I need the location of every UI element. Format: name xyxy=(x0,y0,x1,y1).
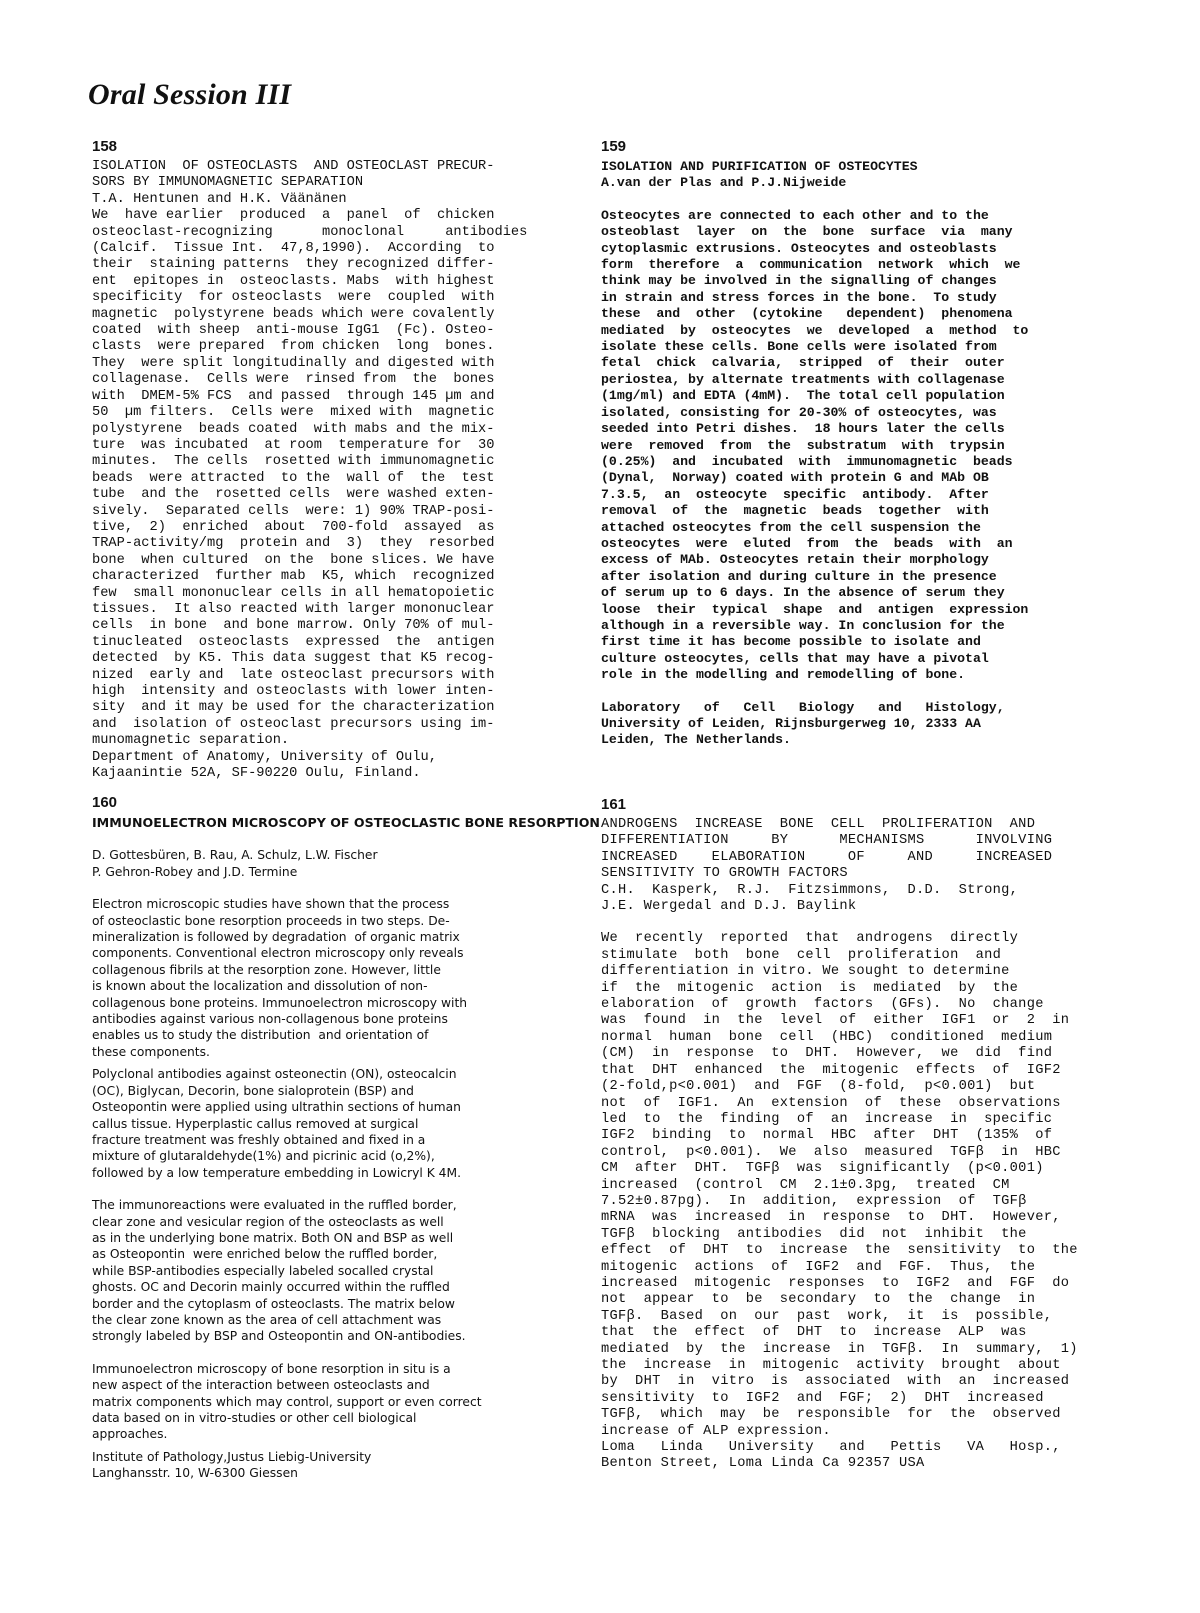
body-line: fracture treatment was freshly obtained … xyxy=(92,1132,582,1148)
body-line: enables us to study the distribution and… xyxy=(92,1027,582,1043)
body-line: callus tissue. Hyperplastic callus remov… xyxy=(92,1116,582,1132)
body-line: clear zone and vesicular region of the o… xyxy=(92,1214,582,1230)
abstract-title: ANDROGENS INCREASE BONE CELL PROLIFERATI… xyxy=(601,817,1086,883)
body-line: Electron microscopic studies have shown … xyxy=(92,896,582,912)
body-line: bone when cultured on the bone slices. W… xyxy=(92,553,572,569)
body-line: few small mononuclear cells in all hemat… xyxy=(92,586,572,602)
body-line: detected by K5. This data suggest that K… xyxy=(92,651,572,667)
abstract-number: 158 xyxy=(92,138,572,155)
body-line: control, p<0.001). We also measured TGFβ… xyxy=(601,1145,1086,1161)
body-line: data based on in vitro-studies or other … xyxy=(92,1410,582,1426)
body-line: collagenous fibrils at the resorption zo… xyxy=(92,962,582,978)
body-line: (2-fold,p<0.001) and FGF (8-fold, p<0.00… xyxy=(601,1079,1086,1095)
body-line: collagenous bone proteins. Immunoelectro… xyxy=(92,995,582,1011)
body-paragraph: Electron microscopic studies have shown … xyxy=(92,896,582,1060)
body-line: increased mitogenic responses to IGF2 an… xyxy=(601,1276,1086,1292)
body-line: increase of ALP expression. xyxy=(601,1424,1086,1440)
body-line: coated with sheep anti-mouse IgG1 (Fc). … xyxy=(92,323,572,339)
abstract-158: 158 ISOLATION OF OSTEOCLASTS AND OSTEOCL… xyxy=(92,138,572,782)
title-line: SENSITIVITY TO GROWTH FACTORS xyxy=(601,866,1086,882)
title-line: ISOLATION AND PURIFICATION OF OSTEOCYTES xyxy=(601,159,1086,175)
body-line: as in the underlying bone matrix. Both O… xyxy=(92,1230,582,1246)
abstract-affiliation: Loma Linda University and Pettis VA Hosp… xyxy=(601,1440,1086,1473)
abstract-affiliation: Department of Anatomy, University of Oul… xyxy=(92,750,572,783)
body-line: their staining patterns they recognized … xyxy=(92,257,572,273)
abstract-160: 160 IMMUNOELECTRON MICROSCOPY OF OSTEOCL… xyxy=(92,794,582,1482)
body-line: mediated by osteocytes we developed a me… xyxy=(601,323,1086,339)
body-line: TGFβ blocking antibodies did not inhibit… xyxy=(601,1227,1086,1243)
body-line: and isolation of osteoclast precursors u… xyxy=(92,717,572,733)
body-line: TRAP-activity/mg protein and 3) they res… xyxy=(92,536,572,552)
body-line: specificity for osteoclasts were coupled… xyxy=(92,290,572,306)
body-line: mitogenic actions of IGF2 and FGF. Thus,… xyxy=(601,1260,1086,1276)
body-line: after isolation and during culture in th… xyxy=(601,569,1086,585)
body-line: mediated by the increase in TGFβ. In sum… xyxy=(601,1342,1086,1358)
author-line: T.A. Hentunen and H.K. Väänänen xyxy=(92,192,572,208)
body-line: nized early and late osteoclast precurso… xyxy=(92,668,572,684)
abstract-title: IMMUNOELECTRON MICROSCOPY OF OSTEOCLASTI… xyxy=(92,815,582,831)
abstract-number: 159 xyxy=(601,138,1086,155)
body-line: tissues. It also reacted with larger mon… xyxy=(92,602,572,618)
body-line: high intensity and osteoclasts with lowe… xyxy=(92,684,572,700)
body-line: 7.52±0.87pg). In addition, expression of… xyxy=(601,1194,1086,1210)
body-line: the increase in mitogenic activity broug… xyxy=(601,1358,1086,1374)
body-line: think may be involved in the signalling … xyxy=(601,273,1086,289)
body-line: sensitivity to IGF2 and FGF; 2) DHT incr… xyxy=(601,1391,1086,1407)
title-line: ANDROGENS INCREASE BONE CELL PROLIFERATI… xyxy=(601,817,1086,833)
body-line: approaches. xyxy=(92,1426,582,1442)
body-line: by DHT in vitro is associated with an in… xyxy=(601,1374,1086,1390)
body-line: removal of the magnetic beads together w… xyxy=(601,503,1086,519)
body-line: these components. xyxy=(92,1044,582,1060)
body-line: elaboration of growth factors (GFs). No … xyxy=(601,997,1086,1013)
title-line: IMMUNOELECTRON MICROSCOPY OF OSTEOCLASTI… xyxy=(92,815,582,831)
body-line: role in the modelling and remodelling of… xyxy=(601,667,1086,683)
affiliation-line: University of Leiden, Rijnsburgerweg 10,… xyxy=(601,716,1086,732)
session-title: Oral Session III xyxy=(88,78,291,112)
affiliation-line: Benton Street, Loma Linda Ca 92357 USA xyxy=(601,1456,1086,1472)
body-line: We have earlier produced a panel of chic… xyxy=(92,208,572,224)
abstract-title: ISOLATION OF OSTEOCLASTS AND OSTEOCLAST … xyxy=(92,159,572,192)
body-line: osteocytes were eluted from the beads wi… xyxy=(601,536,1086,552)
body-line: beads were attracted to the wall of the … xyxy=(92,471,572,487)
affiliation-line: Department of Anatomy, University of Oul… xyxy=(92,750,572,766)
title-line: INCREASED ELABORATION OF AND INCREASED xyxy=(601,850,1086,866)
body-line: (1mg/ml) and EDTA (4mM). The total cell … xyxy=(601,388,1086,404)
body-line: Immunoelectron microscopy of bone resorp… xyxy=(92,1361,582,1377)
affiliation-line: Langhansstr. 10, W-6300 Giessen xyxy=(92,1465,582,1481)
abstract-body: Osteocytes are connected to each other a… xyxy=(601,208,1086,684)
author-line: D. Gottesbüren, B. Rau, A. Schulz, L.W. … xyxy=(92,847,582,863)
abstract-authors: C.H. Kasperk, R.J. Fitzsimmons, D.D. Str… xyxy=(601,883,1086,916)
body-line: ghosts. OC and Decorin mainly occurred w… xyxy=(92,1279,582,1295)
abstract-161: 161 ANDROGENS INCREASE BONE CELL PROLIFE… xyxy=(601,796,1086,1473)
abstract-title: ISOLATION AND PURIFICATION OF OSTEOCYTES xyxy=(601,159,1086,175)
body-line: that the effect of DHT to increase ALP w… xyxy=(601,1325,1086,1341)
body-line: of osteoclastic bone resorption proceeds… xyxy=(92,913,582,929)
author-line: P. Gehron-Robey and J.D. Termine xyxy=(92,864,582,880)
body-line: of serum up to 6 days. In the absence of… xyxy=(601,585,1086,601)
body-line: 50 µm filters. Cells were mixed with mag… xyxy=(92,405,572,421)
body-line: cytoplasmic extrusions. Osteocytes and o… xyxy=(601,241,1086,257)
body-line: ture was incubated at room temperature f… xyxy=(92,438,572,454)
body-line: in strain and stress forces in the bone.… xyxy=(601,290,1086,306)
affiliation-line: Loma Linda University and Pettis VA Hosp… xyxy=(601,1440,1086,1456)
title-line: SORS BY IMMUNOMAGNETIC SEPARATION xyxy=(92,175,572,191)
body-line: Osteopontin were applied using ultrathin… xyxy=(92,1099,582,1115)
body-line: Osteocytes are connected to each other a… xyxy=(601,208,1086,224)
body-paragraph: Polyclonal antibodies against osteonecti… xyxy=(92,1066,582,1181)
body-paragraph: Immunoelectron microscopy of bone resorp… xyxy=(92,1361,582,1443)
body-line: mRNA was increased in response to DHT. H… xyxy=(601,1210,1086,1226)
body-line: sity and it may be used for the characte… xyxy=(92,700,572,716)
body-line: 7.3.5, an osteocyte specific antibody. A… xyxy=(601,487,1086,503)
body-line: (0.25%) and incubated with immunomagneti… xyxy=(601,454,1086,470)
body-line: increased (control CM 2.1±0.3pg, treated… xyxy=(601,1178,1086,1194)
body-line: fetal chick calvaria, stripped of their … xyxy=(601,355,1086,371)
body-line: clasts were prepared from chicken long b… xyxy=(92,339,572,355)
body-line: The immunoreactions were evaluated in th… xyxy=(92,1197,582,1213)
abstract-authors: T.A. Hentunen and H.K. Väänänen xyxy=(92,192,572,208)
abstract-body: We have earlier produced a panel of chic… xyxy=(92,208,572,749)
body-line: effect of DHT to increase the sensitivit… xyxy=(601,1243,1086,1259)
body-line: led to the finding of an increase in spe… xyxy=(601,1112,1086,1128)
body-line: loose their typical shape and antigen ex… xyxy=(601,602,1086,618)
affiliation-line: Laboratory of Cell Biology and Histology… xyxy=(601,700,1086,716)
body-line: cells in bone and bone marrow. Only 70% … xyxy=(92,618,572,634)
body-line: mixture of glutaraldehyde(1%) and picrin… xyxy=(92,1148,582,1164)
body-line: that DHT enhanced the mitogenic effects … xyxy=(601,1063,1086,1079)
body-line: Polyclonal antibodies against osteonecti… xyxy=(92,1066,582,1082)
body-line: (CM) in response to DHT. However, we did… xyxy=(601,1046,1086,1062)
body-line: magnetic polystyrene beads which were co… xyxy=(92,307,572,323)
body-line: form therefore a communication network w… xyxy=(601,257,1086,273)
abstract-authors: D. Gottesbüren, B. Rau, A. Schulz, L.W. … xyxy=(92,847,582,880)
body-line: collagenase. Cells were rinsed from the … xyxy=(92,372,572,388)
body-line: matrix components which may control, sup… xyxy=(92,1394,582,1410)
body-line: strongly labeled by BSP and Osteopontin … xyxy=(92,1328,582,1344)
affiliation-line: Institute of Pathology,Justus Liebig-Uni… xyxy=(92,1449,582,1465)
body-line: TGFβ, which may be responsible for the o… xyxy=(601,1407,1086,1423)
body-line: osteoclast-recognizing monoclonal antibo… xyxy=(92,225,572,241)
body-line: We recently reported that androgens dire… xyxy=(601,931,1086,947)
body-line: osteoblast layer on the bone surface via… xyxy=(601,224,1086,240)
body-line: tinucleated osteoclasts expressed the an… xyxy=(92,635,572,651)
body-line: attached osteocytes from the cell suspen… xyxy=(601,520,1086,536)
body-line: culture osteocytes, cells that may have … xyxy=(601,651,1086,667)
body-line: differentiation in vitro. We sought to d… xyxy=(601,964,1086,980)
body-line: the clear zone known as the area of cell… xyxy=(92,1312,582,1328)
abstract-body: We recently reported that androgens dire… xyxy=(601,931,1086,1440)
body-line: characterized further mab K5, which reco… xyxy=(92,569,572,585)
body-line: IGF2 binding to normal HBC after DHT (13… xyxy=(601,1128,1086,1144)
body-line: periostea, by alternate treatments with … xyxy=(601,372,1086,388)
abstract-authors: A.van der Plas and P.J.Nijweide xyxy=(601,175,1086,191)
title-line: DIFFERENTIATION BY MECHANISMS INVOLVING xyxy=(601,833,1086,849)
author-line: J.E. Wergedal and D.J. Baylink xyxy=(601,899,1086,915)
body-line: (Dynal, Norway) coated with protein G an… xyxy=(601,470,1086,486)
body-line: antibodies against various non-collageno… xyxy=(92,1011,582,1027)
abstract-number: 161 xyxy=(601,796,1086,813)
body-line: border and the cytoplasm of osteoclasts.… xyxy=(92,1296,582,1312)
body-line: munomagnetic separation. xyxy=(92,733,572,749)
body-line: seeded into Petri dishes. 18 hours later… xyxy=(601,421,1086,437)
body-line: new aspect of the interaction between os… xyxy=(92,1377,582,1393)
body-line: isolated, consisting for 20-30% of osteo… xyxy=(601,405,1086,421)
affiliation-line: Kajaanintie 52A, SF-90220 Oulu, Finland. xyxy=(92,766,572,782)
body-line: (Calcif. Tissue Int. 47,8,1990). Accordi… xyxy=(92,241,572,257)
title-line: ISOLATION OF OSTEOCLASTS AND OSTEOCLAST … xyxy=(92,159,572,175)
body-line: minutes. The cells rosetted with immunom… xyxy=(92,454,572,470)
body-line: first time it has become possible to iso… xyxy=(601,634,1086,650)
author-line: A.van der Plas and P.J.Nijweide xyxy=(601,175,1086,191)
body-line: followed by a low temperature embedding … xyxy=(92,1165,582,1181)
body-line: components. Conventional electron micros… xyxy=(92,945,582,961)
body-line: stimulate both bone cell proliferation a… xyxy=(601,948,1086,964)
body-line: ent epitopes in osteoclasts. Mabs with h… xyxy=(92,274,572,290)
body-line: is known about the localization and diss… xyxy=(92,978,582,994)
body-line: tube and the rosetted cells were washed … xyxy=(92,487,572,503)
author-line: C.H. Kasperk, R.J. Fitzsimmons, D.D. Str… xyxy=(601,883,1086,899)
abstract-number: 160 xyxy=(92,794,582,811)
body-paragraph: The immunoreactions were evaluated in th… xyxy=(92,1197,582,1345)
body-line: They were split longitudinally and diges… xyxy=(92,356,572,372)
body-line: not appear to be secondary to the change… xyxy=(601,1292,1086,1308)
body-line: was found in the level of either IGF1 or… xyxy=(601,1013,1086,1029)
body-line: (OC), Biglycan, Decorin, bone sialoprote… xyxy=(92,1083,582,1099)
abstract-159: 159 ISOLATION AND PURIFICATION OF OSTEOC… xyxy=(601,138,1086,749)
body-line: while BSP-antibodies especially labeled … xyxy=(92,1263,582,1279)
body-line: sively. Separated cells were: 1) 90% TRA… xyxy=(92,504,572,520)
body-line: not of IGF1. An extension of these obser… xyxy=(601,1096,1086,1112)
abstract-affiliation: Laboratory of Cell Biology and Histology… xyxy=(601,700,1086,749)
body-line: isolate these cells. Bone cells were iso… xyxy=(601,339,1086,355)
body-line: excess of MAb. Osteocytes retain their m… xyxy=(601,552,1086,568)
body-line: although in a reversible way. In conclus… xyxy=(601,618,1086,634)
body-line: CM after DHT. TGFβ was significantly (p<… xyxy=(601,1161,1086,1177)
body-line: normal human bone cell (HBC) conditioned… xyxy=(601,1030,1086,1046)
body-line: tive, 2) enriched about 700-fold assayed… xyxy=(92,520,572,536)
affiliation-line: Leiden, The Netherlands. xyxy=(601,732,1086,748)
body-line: TGFβ. Based on our past work, it is poss… xyxy=(601,1309,1086,1325)
body-line: if the mitogenic action is mediated by t… xyxy=(601,981,1086,997)
body-line: as Osteopontin were enriched below the r… xyxy=(92,1246,582,1262)
body-line: polystyrene beads coated with mabs and t… xyxy=(92,422,572,438)
abstract-body: Electron microscopic studies have shown … xyxy=(92,896,582,1443)
body-line: mineralization is followed by degradatio… xyxy=(92,929,582,945)
body-line: were removed from the substratum with tr… xyxy=(601,438,1086,454)
body-line: with DMEM-5% FCS and passed through 145 … xyxy=(92,389,572,405)
body-line: these and other (cytokine dependent) phe… xyxy=(601,306,1086,322)
abstract-affiliation: Institute of Pathology,Justus Liebig-Uni… xyxy=(92,1449,582,1482)
